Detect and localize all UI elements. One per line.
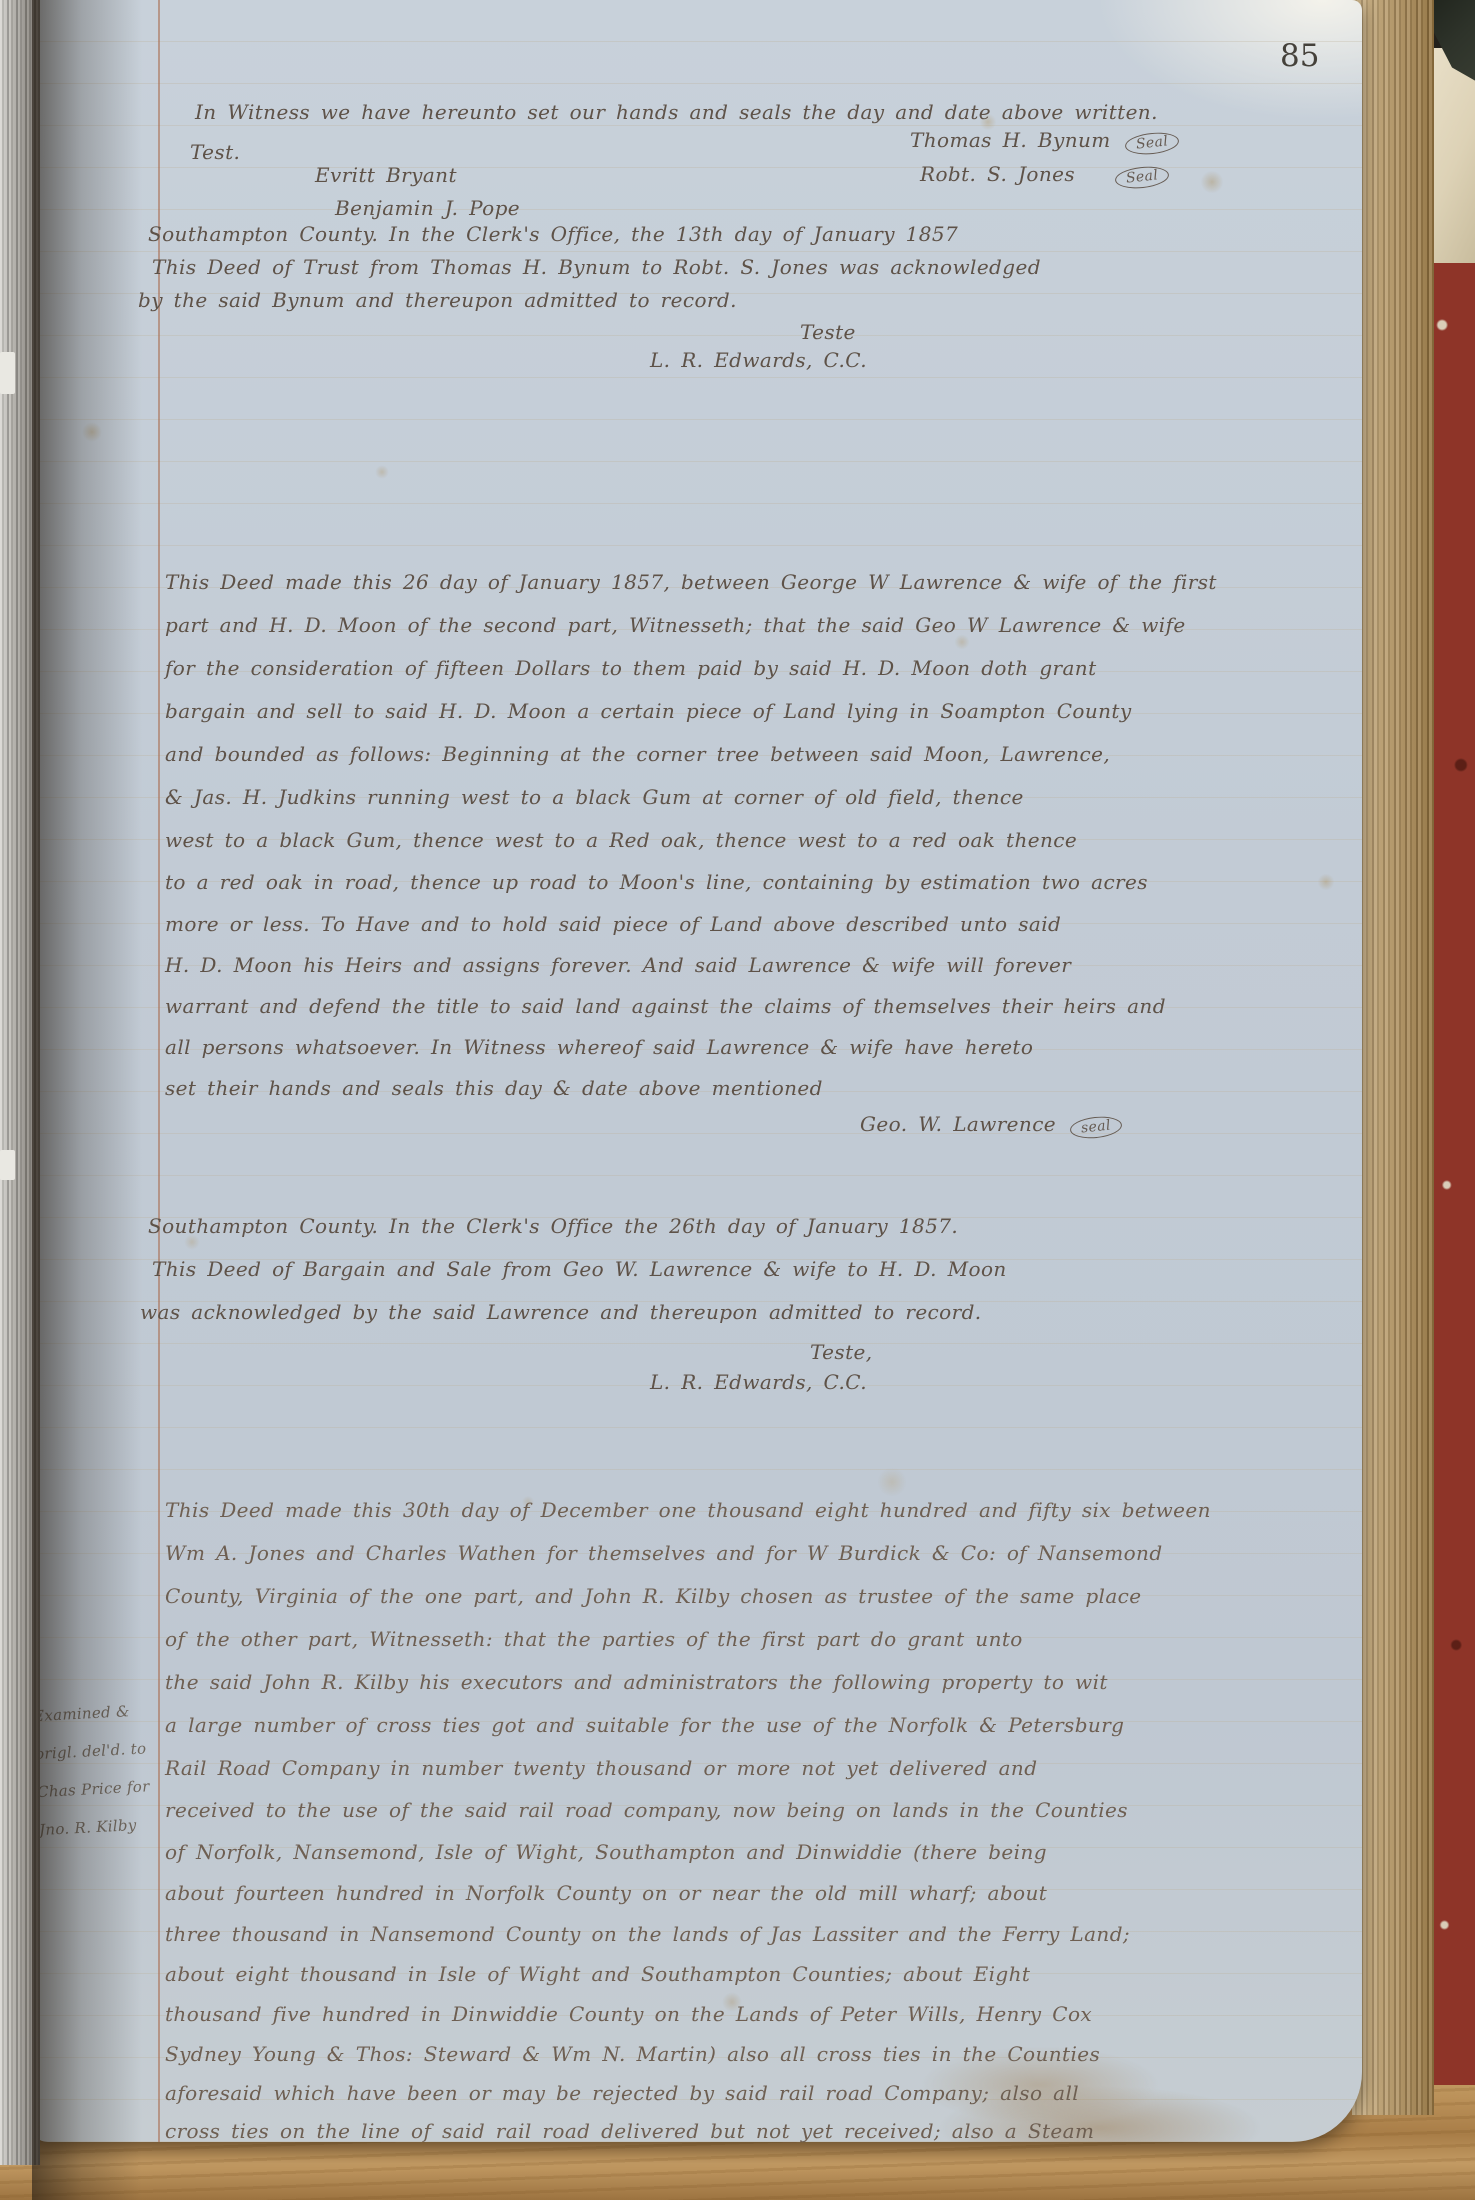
deed-text-line: bargain and sell to said H. D. Moon a ce…	[165, 699, 1132, 723]
signature-robt-jones: Robt. S. JonesSeal	[920, 162, 1169, 188]
deed-text-line: more or less. To Have and to hold said p…	[165, 912, 1061, 936]
deed-text-line: This Deed made this 26 day of January 18…	[165, 570, 1217, 594]
witness-name: Benjamin J. Pope	[335, 196, 520, 220]
seal-mark: seal	[1069, 1114, 1123, 1140]
deed-text-line: of the other part, Witnesseth: that the …	[165, 1627, 1023, 1651]
clerk-signature: L. R. Edwards, C.C.	[650, 1370, 867, 1394]
deed-text-line: part and H. D. Moon of the second part, …	[165, 613, 1186, 637]
deed-text-line: warrant and defend the title to said lan…	[165, 994, 1166, 1018]
witness-name: Evritt Bryant	[315, 163, 457, 187]
certificate-line: Southampton County. In the Clerk's Offic…	[148, 222, 958, 246]
signature-geo-lawrence: Geo. W. Lawrenceseal	[860, 1112, 1122, 1138]
seal-mark: Seal	[1124, 130, 1180, 157]
left-page-edges	[0, 0, 40, 2165]
deed-text-line: Rail Road Company in number twenty thous…	[165, 1756, 1037, 1780]
deed-text-line: received to the use of the said rail roa…	[165, 1798, 1128, 1822]
deed-text-line: for the consideration of fifteen Dollars…	[165, 656, 1097, 680]
deed-text-line: Sydney Young & Thos: Steward & Wm N. Mar…	[165, 2042, 1100, 2066]
deed-text-line: cross ties on the line of said rail road…	[165, 2119, 1094, 2143]
page-marker-tab	[0, 1150, 15, 1180]
deed-book-scan: 85 In Witness we have hereunto set our h…	[0, 0, 1475, 2200]
deed-text-line: Wm A. Jones and Charles Wathen for thems…	[165, 1541, 1163, 1565]
deed-text-line: three thousand in Nansemond County on th…	[165, 1922, 1130, 1946]
deed-text-line: H. D. Moon his Heirs and assigns forever…	[165, 953, 1071, 977]
right-page-edges	[1352, 0, 1434, 2115]
page-marker-tab	[0, 352, 15, 394]
deed-text-line: and bounded as follows: Beginning at the…	[165, 742, 1110, 766]
certificate-line: This Deed of Bargain and Sale from Geo W…	[152, 1257, 1007, 1281]
deed-text-line: to a red oak in road, thence up road to …	[165, 870, 1148, 894]
deed-text-line: & Jas. H. Judkins running west to a blac…	[165, 785, 1024, 809]
deed-book-page: 85 In Witness we have hereunto set our h…	[30, 0, 1362, 2142]
clerk-signature: L. R. Edwards, C.C.	[650, 348, 867, 372]
deed-text-line: set their hands and seals this day & dat…	[165, 1076, 823, 1100]
clerk-margin-note: Examined & origl. del'd. to Chas Price f…	[32, 1691, 160, 1849]
test-label: Test.	[190, 140, 240, 164]
marbled-book-cover	[1428, 85, 1475, 2085]
certificate-line: This Deed of Trust from Thomas H. Bynum …	[152, 255, 1041, 279]
teste-label: Teste	[800, 320, 856, 344]
certificate-line: was acknowledged by the said Lawrence an…	[140, 1300, 982, 1324]
deed-text-line: This Deed made this 30th day of December…	[165, 1498, 1211, 1522]
deed-text-line: all persons whatsoever. In Witness where…	[165, 1035, 1033, 1059]
certificate-line: Southampton County. In the Clerk's Offic…	[148, 1214, 958, 1238]
deed-text-line: of Norfolk, Nansemond, Isle of Wight, So…	[165, 1840, 1047, 1864]
deed-text-line: thousand five hundred in Dinwiddie Count…	[165, 2002, 1092, 2026]
seal-mark: Seal	[1114, 164, 1170, 191]
deed-text-line: about fourteen hundred in Norfolk County…	[165, 1881, 1047, 1905]
deed-text-line: west to a black Gum, thence west to a Re…	[165, 828, 1077, 852]
deed-text-line: the said John R. Kilby his executors and…	[165, 1670, 1108, 1694]
deed-text-line: County, Virginia of the one part, and Jo…	[165, 1584, 1142, 1608]
teste-label: Teste,	[810, 1340, 873, 1364]
page-number: 85	[1280, 38, 1319, 74]
signature-thomas-bynum: Thomas H. BynumSeal	[910, 128, 1179, 154]
deed-text-line: a large number of cross ties got and sui…	[165, 1713, 1124, 1737]
deed-text-line: aforesaid which have been or may be reje…	[165, 2081, 1079, 2105]
witness-clause: In Witness we have hereunto set our hand…	[195, 100, 1158, 124]
deed-text-line: about eight thousand in Isle of Wight an…	[165, 1962, 1030, 1986]
certificate-line: by the said Bynum and thereupon admitted…	[138, 288, 737, 312]
